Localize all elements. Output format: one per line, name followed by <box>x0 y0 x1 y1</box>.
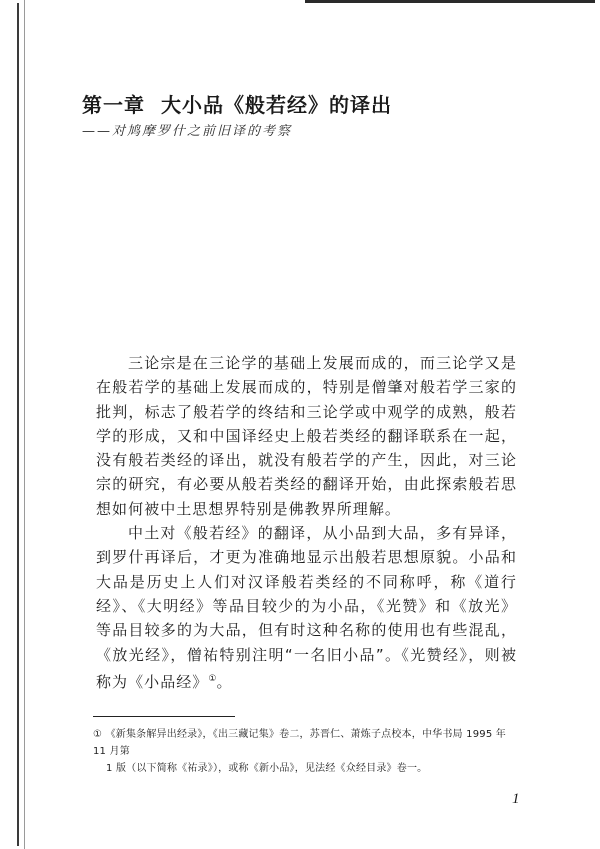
footnote: ① 《新集条解异出经录》，《出三藏记集》卷二，苏晋仁、萧炼子点校本，中华书局 1… <box>93 726 521 777</box>
footnote-divider <box>93 716 235 717</box>
footnote-line-1: 《新集条解异出经录》，《出三藏记集》卷二，苏晋仁、萧炼子点校本，中华书局 199… <box>93 729 506 757</box>
scan-gutter-line <box>24 0 25 849</box>
body-text: 三论宗是在三论学的基础上发展而成的，而三论学又是在般若学的基础上发展而成的，特别… <box>96 351 517 694</box>
paragraph-1: 三论宗是在三论学的基础上发展而成的，而三论学又是在般若学的基础上发展而成的，特别… <box>96 351 517 521</box>
footnote-marker: ① <box>93 729 102 740</box>
scan-edge-top <box>305 0 595 3</box>
chapter-subtitle: ——对鸠摩罗什之前旧译的考察 <box>82 120 292 139</box>
chapter-number: 第一章 <box>82 93 145 117</box>
paragraph-2: 中土对《般若经》的翻译，从小品到大品，多有异译，到罗什再译后，才更为准确地显示出… <box>96 521 517 694</box>
scan-edge-left <box>17 3 19 846</box>
page-number: 1 <box>512 791 520 808</box>
paragraph-2-end: 。 <box>216 673 232 691</box>
chapter-title: 第一章大小品《般若经》的译出 <box>82 89 392 118</box>
paragraph-2-text: 中土对《般若经》的翻译，从小品到大品，多有异译，到罗什再译后，才更为准确地显示出… <box>96 524 517 691</box>
chapter-title-text: 大小品《般若经》的译出 <box>161 93 392 117</box>
footnote-line-2: 1 版（以下简称《祐录》），或称《新小品》，见法经《众经目录》卷一。 <box>93 760 521 777</box>
